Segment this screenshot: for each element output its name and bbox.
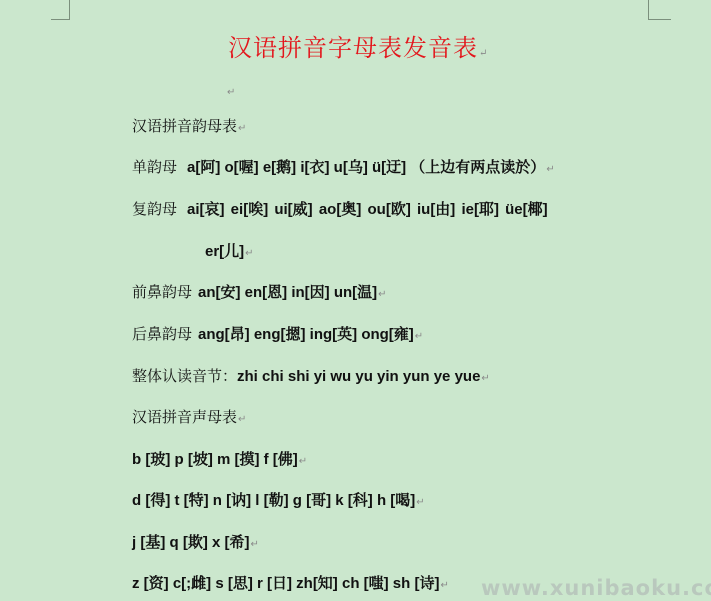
empty-paragraph[interactable]: ↵ bbox=[226, 80, 235, 99]
margin-corner-top-right bbox=[648, 0, 671, 20]
line-label: 前鼻韵母 bbox=[132, 283, 192, 301]
line-body: er[儿] bbox=[205, 243, 244, 260]
yunmu-heading[interactable]: 汉语拼音韵母表↵ bbox=[132, 116, 246, 139]
paragraph-mark-icon: ↵ bbox=[440, 580, 448, 591]
fu-yunmu-continuation[interactable]: er[儿]↵ bbox=[205, 241, 254, 264]
shengmu-heading[interactable]: 汉语拼音声母表↵ bbox=[132, 407, 246, 430]
shengmu-line-4[interactable]: z [资] c[;雌] s [思] r [日] zh[知] ch [嗤] sh … bbox=[132, 573, 449, 596]
paragraph-mark-icon: ↵ bbox=[299, 456, 307, 467]
paragraph-mark-icon: ↵ bbox=[238, 123, 246, 134]
hou-bi-yunmu-line[interactable]: 后鼻韵母ang[昂] eng[摁] ing[英] ong[雍]↵ bbox=[132, 324, 423, 347]
document-title[interactable]: 汉语拼音字母表发音表↵ bbox=[228, 28, 488, 63]
paragraph-mark-icon: ↵ bbox=[245, 248, 253, 259]
line-label: 复韵母 bbox=[132, 200, 177, 218]
paragraph-mark-icon: ↵ bbox=[378, 289, 386, 300]
shengmu-line-3[interactable]: j [基] q [欺] x [希]↵ bbox=[132, 532, 259, 555]
shengmu-line-1[interactable]: b [玻] p [坡] m [摸] f [佛]↵ bbox=[132, 449, 307, 472]
paragraph-mark-icon: ↵ bbox=[416, 497, 424, 508]
line-body: d [得] t [特] n [讷] l [勒] g [哥] k [科] h [喝… bbox=[132, 492, 415, 509]
paragraph-mark-icon: ↵ bbox=[227, 87, 235, 98]
paragraph-mark-icon: ↵ bbox=[250, 539, 258, 550]
line-body: zhi chi shi yi wu yu yin yun ye yue bbox=[237, 368, 480, 385]
line-label: 单韵母 bbox=[132, 158, 177, 176]
paragraph-mark-icon: ↵ bbox=[479, 48, 488, 59]
margin-corner-top-left bbox=[51, 0, 70, 20]
paragraph-mark-icon: ↵ bbox=[238, 414, 246, 425]
watermark: www.xunibaoku.com bbox=[481, 576, 711, 600]
line-body: j [基] q [欺] x [希] bbox=[132, 534, 249, 551]
line-body: ang[昂] eng[摁] ing[英] ong[雍] bbox=[198, 326, 414, 343]
qian-bi-yunmu-line[interactable]: 前鼻韵母an[安] en[恩] in[因] un[温]↵ bbox=[132, 282, 387, 305]
fu-yunmu-line[interactable]: 复韵母ai[哀] ei[唉] ui[威] ao[奥] ou[欧] iu[由] i… bbox=[132, 199, 548, 220]
line-body: ai[哀] ei[唉] ui[威] ao[奥] ou[欧] iu[由] ie[耶… bbox=[187, 201, 548, 218]
line-body: b [玻] p [坡] m [摸] f [佛] bbox=[132, 451, 298, 468]
line-body: z [资] c[;雌] s [思] r [日] zh[知] ch [嗤] sh … bbox=[132, 575, 439, 592]
line-body: a[阿] o[喔] e[鹅] i[衣] u[乌] ü[迂] （上边有两点读於） bbox=[187, 159, 545, 176]
line-label: 后鼻韵母 bbox=[132, 325, 192, 343]
dan-yunmu-line[interactable]: 单韵母a[阿] o[喔] e[鹅] i[衣] u[乌] ü[迂] （上边有两点读… bbox=[132, 157, 555, 180]
line-label: 整体认读音节： bbox=[132, 367, 237, 385]
paragraph-mark-icon: ↵ bbox=[481, 373, 489, 384]
document-page: 汉语拼音字母表发音表↵ ↵ 汉语拼音韵母表↵ 单韵母a[阿] o[喔] e[鹅]… bbox=[0, 0, 711, 601]
paragraph-mark-icon: ↵ bbox=[415, 331, 423, 342]
line-body: an[安] en[恩] in[因] un[温] bbox=[198, 284, 377, 301]
zhengti-rendu-line[interactable]: 整体认读音节：zhi chi shi yi wu yu yin yun ye y… bbox=[132, 366, 490, 389]
shengmu-line-2[interactable]: d [得] t [特] n [讷] l [勒] g [哥] k [科] h [喝… bbox=[132, 490, 425, 513]
paragraph-mark-icon: ↵ bbox=[546, 164, 554, 175]
